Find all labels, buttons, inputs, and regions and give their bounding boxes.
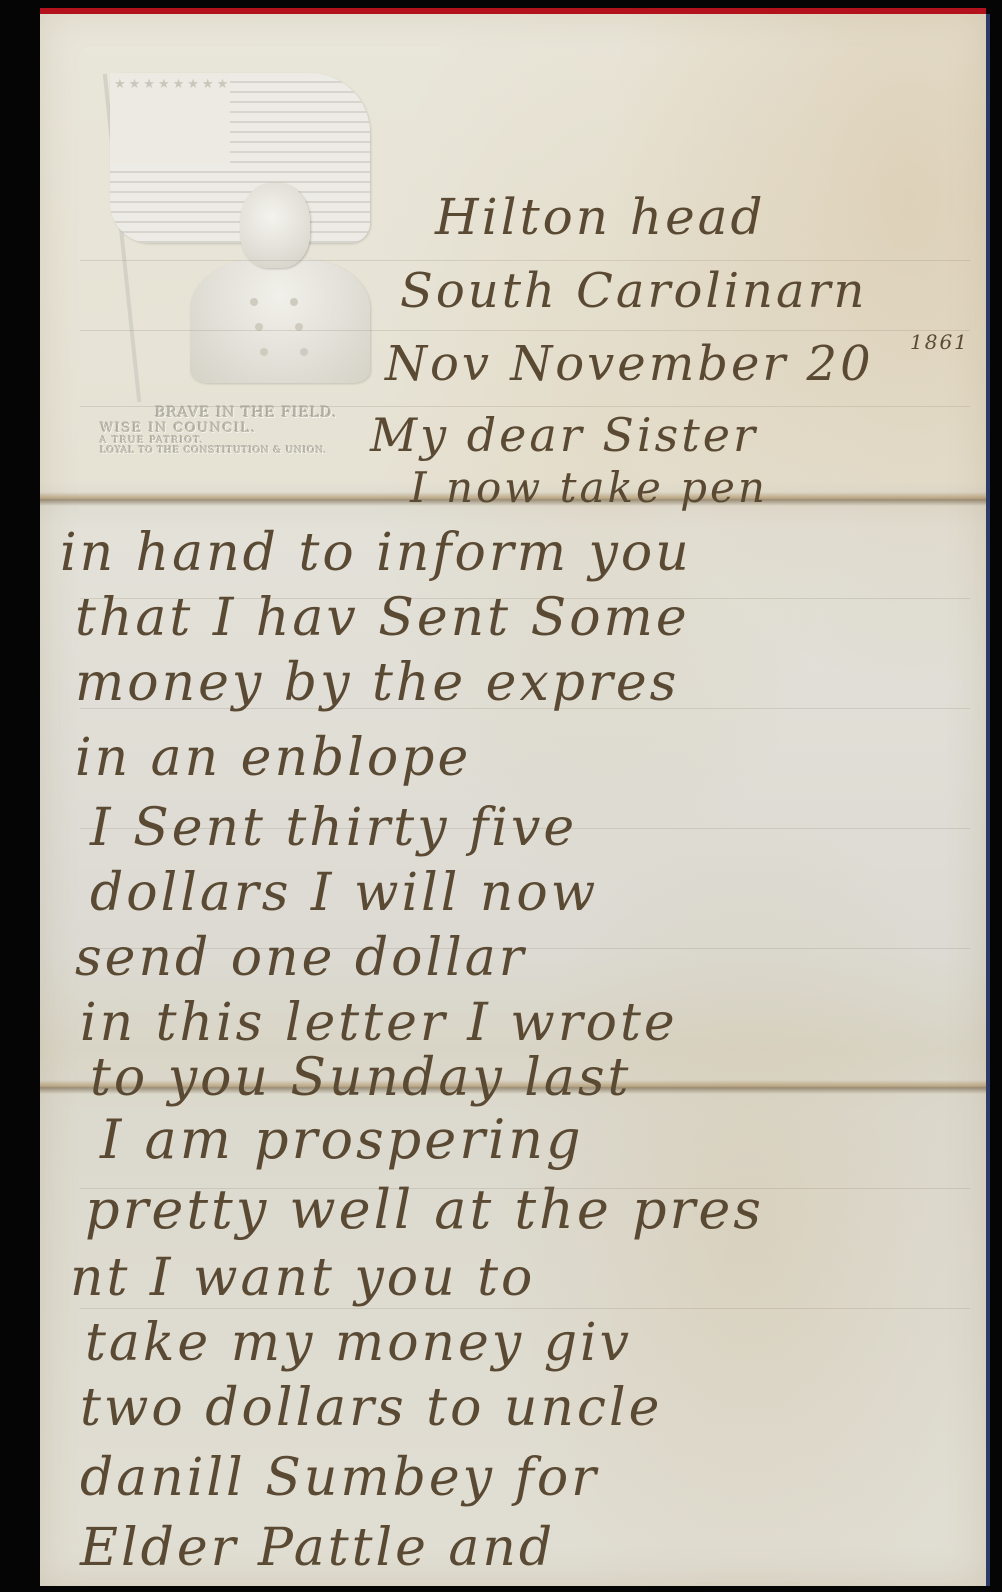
officer-portrait-icon bbox=[180, 183, 380, 383]
place-line-1: Hilton head bbox=[435, 188, 766, 246]
date-line: Nov November 20 bbox=[385, 336, 874, 392]
body-line: two dollars to uncle bbox=[80, 1378, 662, 1438]
portrait-coat bbox=[190, 258, 370, 383]
body-line: money by the expres bbox=[75, 653, 679, 713]
salutation: My dear Sister bbox=[370, 408, 758, 462]
red-paper-edge bbox=[40, 8, 986, 14]
body-line: I am prospering bbox=[100, 1108, 584, 1171]
year: 1861 bbox=[910, 330, 969, 354]
body-line: in this letter I wrote bbox=[80, 993, 678, 1053]
stars-canton-icon: ★★★★★★★★★★★★★★★★★★★★★★★★★★★★★★★★★★ bbox=[110, 73, 230, 163]
body-line: I now take pen bbox=[410, 463, 768, 512]
portrait-head bbox=[240, 183, 310, 268]
blue-paper-edge bbox=[986, 14, 990, 1586]
body-line: pretty well at the pres bbox=[85, 1178, 764, 1241]
body-line: in an enblope bbox=[75, 728, 471, 788]
body-line: take my money giv bbox=[85, 1313, 632, 1373]
body-line: send one dollar bbox=[75, 928, 527, 988]
body-line: to you Sunday last bbox=[90, 1048, 631, 1108]
body-line: nt I want you to bbox=[70, 1248, 535, 1308]
place-line-2: South Carolinarn bbox=[400, 263, 867, 319]
body-line: I Sent thirty five bbox=[90, 798, 577, 858]
body-line: dollars I will now bbox=[90, 863, 598, 923]
body-line: Elder Pattle and bbox=[80, 1518, 555, 1578]
body-line: that I hav Sent Some bbox=[75, 588, 690, 648]
body-line: in hand to inform you bbox=[60, 523, 692, 583]
embossed-letterhead: ★★★★★★★★★★★★★★★★★★★★★★★★★★★★★★★★★★ BRAVE… bbox=[90, 33, 430, 393]
letter-sheet: ★★★★★★★★★★★★★★★★★★★★★★★★★★★★★★★★★★ BRAVE… bbox=[40, 8, 986, 1586]
body-line: danill Sumbey for bbox=[80, 1448, 599, 1508]
